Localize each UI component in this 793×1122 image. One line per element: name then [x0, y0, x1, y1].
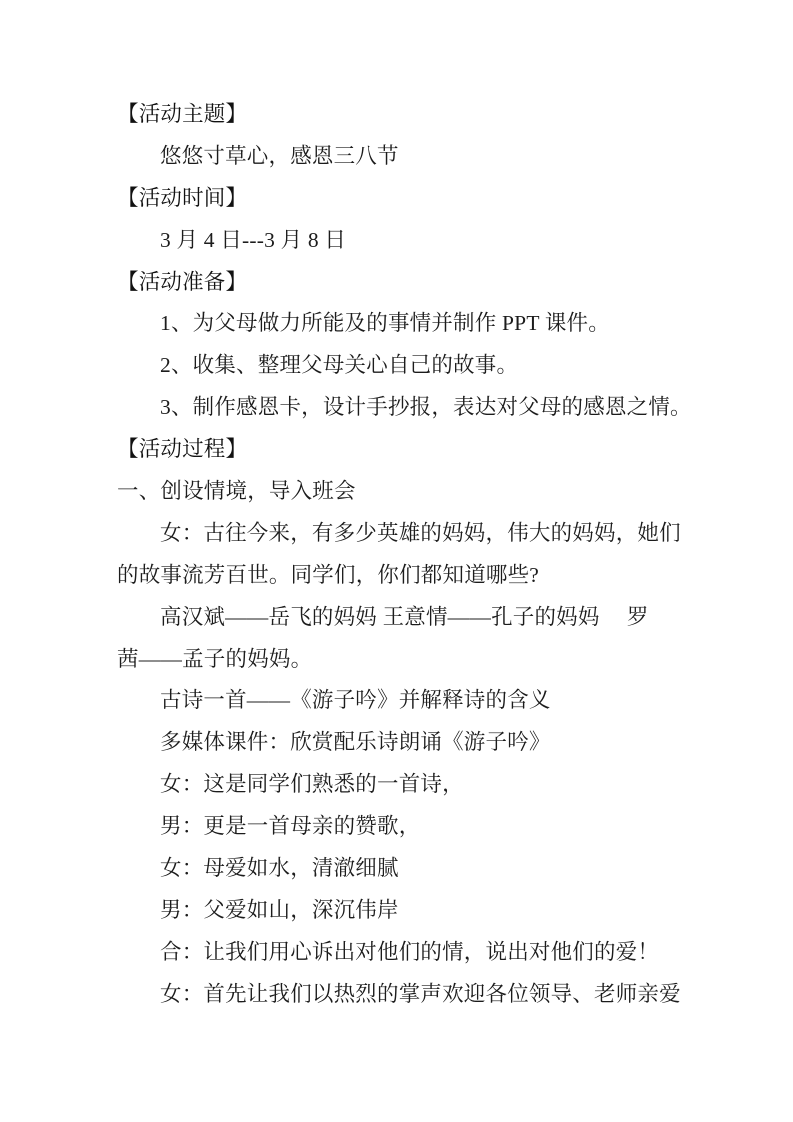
document-line: 高汉斌——岳飞的妈妈 王意情——孔子的妈妈 罗 [117, 597, 679, 639]
document-line: 女：古往今来，有多少英雄的妈妈，伟大的妈妈，她们 [117, 513, 679, 555]
document-line: 3、制作感恩卡，设计手抄报，表达对父母的感恩之情。 [117, 387, 679, 429]
document-line: 女：首先让我们以热烈的掌声欢迎各位领导、老师亲爱 [117, 974, 679, 1016]
document-line: 【活动过程】 [117, 429, 679, 471]
document-line: 3 月 4 日---3 月 8 日 [117, 220, 679, 262]
document-line: 女：这是同学们熟悉的一首诗， [117, 764, 679, 806]
document-line: 男：更是一首母亲的赞歌， [117, 806, 679, 848]
document-line: 1、为父母做力所能及的事情并制作 PPT 课件。 [117, 303, 679, 345]
document-line: 茜——孟子的妈妈。 [117, 639, 679, 681]
document-line: 女：母爱如水，清澈细腻 [117, 848, 679, 890]
document-line: 古诗一首——《游子吟》并解释诗的含义 [117, 680, 679, 722]
document-line: 的故事流芳百世。同学们，你们都知道哪些? [117, 555, 679, 597]
document-line: 合：让我们用心诉出对他们的情，说出对他们的爱！ [117, 932, 679, 974]
document-line: 2、收集、整理父母关心自己的故事。 [117, 345, 679, 387]
document-line: 【活动准备】 [117, 262, 679, 304]
document-line: 男：父爱如山，深沉伟岸 [117, 890, 679, 932]
document-line: 多媒体课件：欣赏配乐诗朗诵《游子吟》 [117, 722, 679, 764]
document-line: 【活动主题】 [117, 94, 679, 136]
document-line: 一、创设情境，导入班会 [117, 471, 679, 513]
document-body: 【活动主题】 悠悠寸草心，感恩三八节 【活动时间】 3 月 4 日---3 月 … [117, 94, 679, 1016]
document-line: 【活动时间】 [117, 178, 679, 220]
document-page: 【活动主题】 悠悠寸草心，感恩三八节 【活动时间】 3 月 4 日---3 月 … [0, 0, 793, 1122]
document-line: 悠悠寸草心，感恩三八节 [117, 136, 679, 178]
